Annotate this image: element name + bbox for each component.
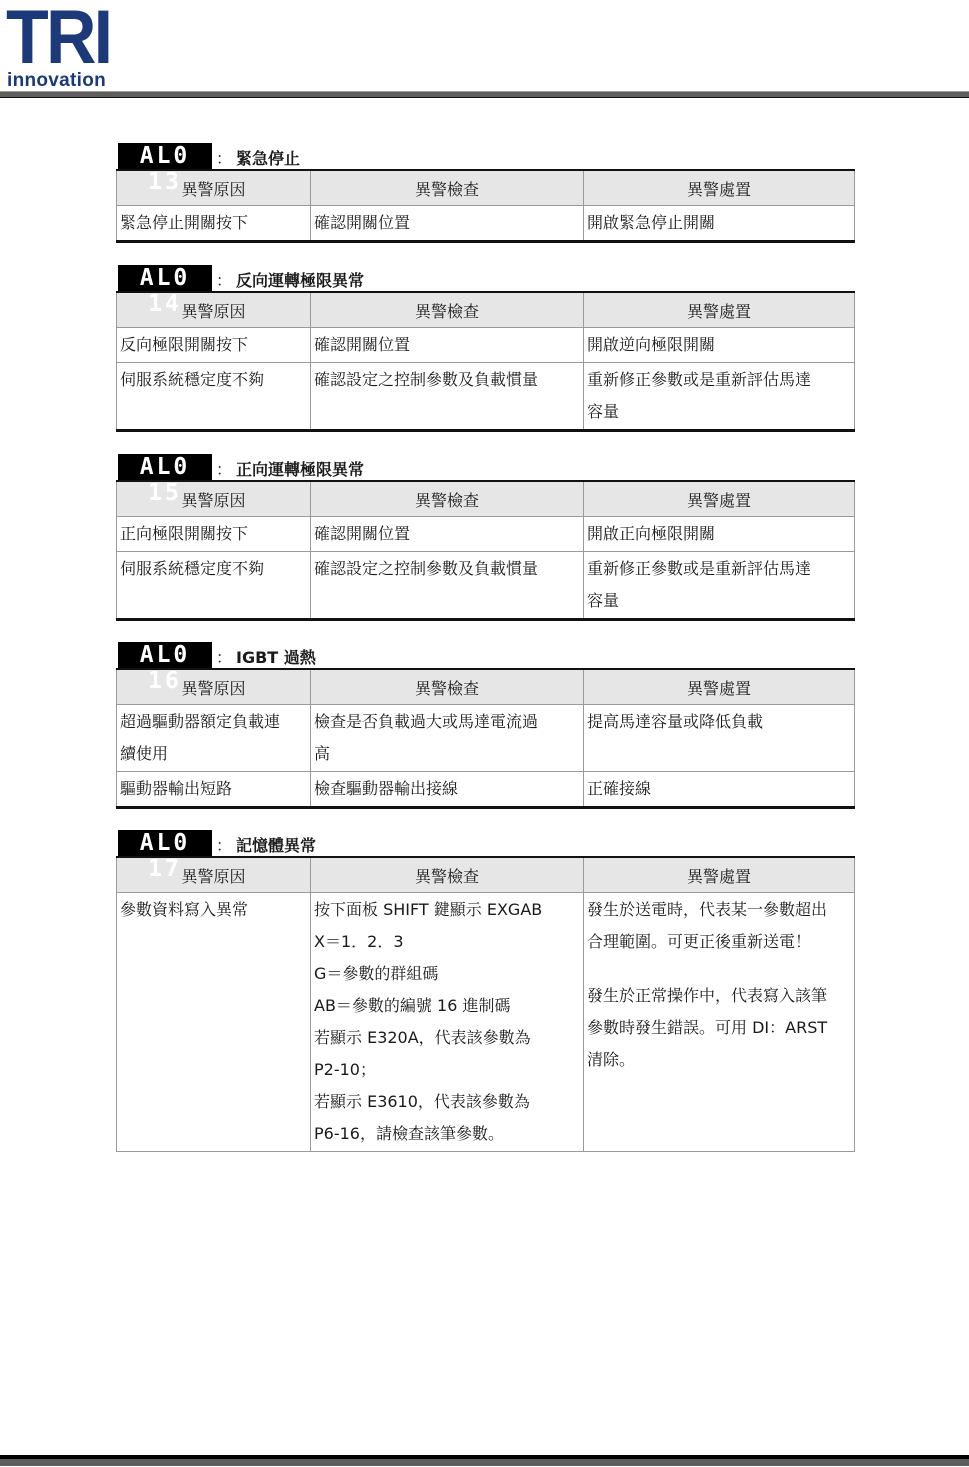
cell-action: 提高馬達容量或降低負載 bbox=[584, 705, 855, 772]
alarm-code-badge: AL0 17 bbox=[118, 830, 212, 856]
cell-line: AB＝參數的編號 16 進制碼 bbox=[314, 990, 581, 1022]
header-cause: 異警原因 bbox=[117, 292, 311, 328]
alarm-code-badge: AL0 16 bbox=[118, 642, 212, 668]
alarm-heading: AL0 14：反向運轉極限異常 bbox=[116, 257, 854, 291]
header-cause: 異警原因 bbox=[117, 669, 311, 705]
alarm-title: ：正向運轉極限異常 bbox=[216, 460, 364, 480]
cell-line: 驅動器輸出短路 bbox=[120, 773, 308, 805]
cell-line: P6-16，請檢查該筆參數。 bbox=[314, 1118, 581, 1150]
cell-check: 確認開關位置 bbox=[311, 206, 584, 242]
cell-line: 正向極限開關按下 bbox=[120, 518, 308, 550]
table-row: 正向極限開關按下確認開關位置開啟正向極限開關 bbox=[117, 517, 855, 552]
table-header-row: 異警原因異警檢查異警處置 bbox=[117, 481, 855, 517]
alarm-title-text: IGBT 過熱 bbox=[236, 648, 316, 667]
alarm-title: ：緊急停止 bbox=[216, 149, 300, 169]
table-header-row: 異警原因異警檢查異警處置 bbox=[117, 669, 855, 705]
table-header-row: 異警原因異警檢查異警處置 bbox=[117, 292, 855, 328]
cell-check: 按下面板 SHIFT 鍵顯示 EXGABX＝1．2．3G＝參數的群組碼AB＝參數… bbox=[311, 893, 584, 1152]
table-row: 伺服系統穩定度不夠確認設定之控制參數及負載慣量重新修正參數或是重新評估馬達容量 bbox=[117, 552, 855, 620]
cell-action: 發生於送電時，代表某一參數超出合理範圍。可更正後重新送電！發生於正常操作中，代表… bbox=[584, 893, 855, 1152]
cell-line: X＝1．2．3 bbox=[314, 926, 581, 958]
cell-action: 重新修正參數或是重新評估馬達容量 bbox=[584, 552, 855, 620]
alarm-section-al017: AL0 17：記憶體異常異警原因異警檢查異警處置參數資料寫入異常按下面板 SHI… bbox=[116, 822, 854, 1152]
alarm-title-text: 反向運轉極限異常 bbox=[236, 271, 364, 290]
cell-line: 確認開關位置 bbox=[314, 207, 581, 239]
cell-line: 確認設定之控制參數及負載慣量 bbox=[314, 364, 581, 396]
cell-line: 容量 bbox=[587, 585, 852, 617]
cell-cause: 伺服系統穩定度不夠 bbox=[117, 552, 311, 620]
alarm-title-text: 緊急停止 bbox=[236, 149, 300, 168]
cell-line: 合理範圍。可更正後重新送電！ bbox=[587, 926, 852, 958]
cell-line: 伺服系統穩定度不夠 bbox=[120, 553, 308, 585]
footer-divider-shade bbox=[0, 1459, 969, 1466]
cell-line: 緊急停止開關按下 bbox=[120, 207, 308, 239]
cell-cause: 反向極限開關按下 bbox=[117, 328, 311, 363]
cell-action: 開啟正向極限開關 bbox=[584, 517, 855, 552]
alarm-table: 異警原因異警檢查異警處置反向極限開關按下確認開關位置開啟逆向極限開關伺服系統穩定… bbox=[116, 291, 855, 432]
alarm-section-al015: AL0 15：正向運轉極限異常異警原因異警檢查異警處置正向極限開關按下確認開關位… bbox=[116, 446, 854, 621]
cell-check: 確認設定之控制參數及負載慣量 bbox=[311, 363, 584, 431]
table-row: 緊急停止開關按下確認開關位置開啟緊急停止開關 bbox=[117, 206, 855, 242]
alarm-table: 異警原因異警檢查異警處置緊急停止開關按下確認開關位置開啟緊急停止開關 bbox=[116, 169, 855, 243]
alarm-title-text: 正向運轉極限異常 bbox=[236, 460, 364, 479]
cell-line: 提高馬達容量或降低負載 bbox=[587, 706, 852, 738]
logo-wordmark: innovation bbox=[7, 70, 106, 92]
cell-line: 參數資料寫入異常 bbox=[120, 894, 308, 926]
cell-check: 檢查驅動器輸出接線 bbox=[311, 772, 584, 808]
cell-line: 清除。 bbox=[587, 1044, 852, 1076]
cell-check: 檢查是否負載過大或馬達電流過高 bbox=[311, 705, 584, 772]
table-row: 伺服系統穩定度不夠確認設定之控制參數及負載慣量重新修正參數或是重新評估馬達容量 bbox=[117, 363, 855, 431]
alarm-heading: AL0 15：正向運轉極限異常 bbox=[116, 446, 854, 480]
alarm-heading: AL0 16：IGBT 過熱 bbox=[116, 634, 854, 668]
cell-line: 正確接線 bbox=[587, 773, 852, 805]
logo-mark: TRI bbox=[6, 2, 110, 74]
cell-action: 開啟緊急停止開關 bbox=[584, 206, 855, 242]
paragraph-gap bbox=[587, 958, 852, 980]
cell-line: 重新修正參數或是重新評估馬達 bbox=[587, 553, 852, 585]
cell-line: 按下面板 SHIFT 鍵顯示 EXGAB bbox=[314, 894, 581, 926]
cell-line: 開啟正向極限開關 bbox=[587, 518, 852, 550]
cell-check: 確認設定之控制參數及負載慣量 bbox=[311, 552, 584, 620]
header-check: 異警檢查 bbox=[311, 857, 584, 893]
header-cause: 異警原因 bbox=[117, 857, 311, 893]
alarm-code-badge: AL0 14 bbox=[118, 265, 212, 291]
cell-line: 若顯示 E3610，代表該參數為 bbox=[314, 1086, 581, 1118]
cell-line: 續使用 bbox=[120, 738, 308, 770]
header-action: 異警處置 bbox=[584, 292, 855, 328]
cell-line: 確認開關位置 bbox=[314, 329, 581, 361]
alarm-title: ：記憶體異常 bbox=[216, 836, 316, 856]
header-check: 異警檢查 bbox=[311, 481, 584, 517]
cell-line: 發生於送電時，代表某一參數超出 bbox=[587, 894, 852, 926]
alarm-heading: AL0 13：緊急停止 bbox=[116, 135, 854, 169]
cell-line: 容量 bbox=[587, 396, 852, 428]
header-check: 異警檢查 bbox=[311, 292, 584, 328]
cell-line: 反向極限開關按下 bbox=[120, 329, 308, 361]
table-row: 超過驅動器額定負載連續使用檢查是否負載過大或馬達電流過高提高馬達容量或降低負載 bbox=[117, 705, 855, 772]
cell-line: 超過驅動器額定負載連 bbox=[120, 706, 308, 738]
cell-line: 重新修正參數或是重新評估馬達 bbox=[587, 364, 852, 396]
header-action: 異警處置 bbox=[584, 857, 855, 893]
cell-check: 確認開關位置 bbox=[311, 517, 584, 552]
table-header-row: 異警原因異警檢查異警處置 bbox=[117, 857, 855, 893]
alarm-code-badge: AL0 15 bbox=[118, 454, 212, 480]
cell-line: 檢查是否負載過大或馬達電流過 bbox=[314, 706, 581, 738]
alarm-code-badge: AL0 13 bbox=[118, 143, 212, 169]
cell-cause: 正向極限開關按下 bbox=[117, 517, 311, 552]
table-row: 反向極限開關按下確認開關位置開啟逆向極限開關 bbox=[117, 328, 855, 363]
cell-action: 重新修正參數或是重新評估馬達容量 bbox=[584, 363, 855, 431]
cell-action: 開啟逆向極限開關 bbox=[584, 328, 855, 363]
tri-innovation-logo: TRI innovation bbox=[4, 2, 119, 90]
alarm-title: ：反向運轉極限異常 bbox=[216, 271, 364, 291]
table-row: 驅動器輸出短路檢查驅動器輸出接線正確接線 bbox=[117, 772, 855, 808]
alarm-title-text: 記憶體異常 bbox=[236, 836, 316, 855]
header-action: 異警處置 bbox=[584, 170, 855, 206]
cell-line: G＝參數的群組碼 bbox=[314, 958, 581, 990]
header-divider bbox=[0, 91, 969, 98]
header-check: 異警檢查 bbox=[311, 170, 584, 206]
cell-line: 伺服系統穩定度不夠 bbox=[120, 364, 308, 396]
header-action: 異警處置 bbox=[584, 481, 855, 517]
alarm-title: ：IGBT 過熱 bbox=[216, 648, 316, 668]
cell-cause: 驅動器輸出短路 bbox=[117, 772, 311, 808]
header-action: 異警處置 bbox=[584, 669, 855, 705]
header-cause: 異警原因 bbox=[117, 170, 311, 206]
table-header-row: 異警原因異警檢查異警處置 bbox=[117, 170, 855, 206]
alarm-section-al014: AL0 14：反向運轉極限異常異警原因異警檢查異警處置反向極限開關按下確認開關位… bbox=[116, 257, 854, 432]
alarm-table: 異警原因異警檢查異警處置正向極限開關按下確認開關位置開啟正向極限開關伺服系統穩定… bbox=[116, 480, 855, 621]
cell-cause: 參數資料寫入異常 bbox=[117, 893, 311, 1152]
alarm-section-al013: AL0 13：緊急停止異警原因異警檢查異警處置緊急停止開關按下確認開關位置開啟緊… bbox=[116, 135, 854, 243]
cell-line: 確認開關位置 bbox=[314, 518, 581, 550]
cell-line: P2-10； bbox=[314, 1054, 581, 1086]
cell-cause: 伺服系統穩定度不夠 bbox=[117, 363, 311, 431]
alarm-section-al016: AL0 16：IGBT 過熱異警原因異警檢查異警處置超過驅動器額定負載連續使用檢… bbox=[116, 634, 854, 809]
cell-line: 確認設定之控制參數及負載慣量 bbox=[314, 553, 581, 585]
table-row: 參數資料寫入異常按下面板 SHIFT 鍵顯示 EXGABX＝1．2．3G＝參數的… bbox=[117, 893, 855, 1152]
alarm-table: 異警原因異警檢查異警處置參數資料寫入異常按下面板 SHIFT 鍵顯示 EXGAB… bbox=[116, 856, 855, 1152]
cell-cause: 超過驅動器額定負載連續使用 bbox=[117, 705, 311, 772]
cell-cause: 緊急停止開關按下 bbox=[117, 206, 311, 242]
header-cause: 異警原因 bbox=[117, 481, 311, 517]
cell-line: 若顯示 E320A，代表該參數為 bbox=[314, 1022, 581, 1054]
cell-line: 開啟緊急停止開關 bbox=[587, 207, 852, 239]
cell-line: 參數時發生錯誤。可用 DI：ARST bbox=[587, 1012, 852, 1044]
alarm-heading: AL0 17：記憶體異常 bbox=[116, 822, 854, 856]
alarm-table: 異警原因異警檢查異警處置超過驅動器額定負載連續使用檢查是否負載過大或馬達電流過高… bbox=[116, 668, 855, 809]
header-check: 異警檢查 bbox=[311, 669, 584, 705]
cell-action: 正確接線 bbox=[584, 772, 855, 808]
cell-line: 開啟逆向極限開關 bbox=[587, 329, 852, 361]
cell-line: 檢查驅動器輸出接線 bbox=[314, 773, 581, 805]
cell-line: 發生於正常操作中，代表寫入該筆 bbox=[587, 980, 852, 1012]
cell-check: 確認開關位置 bbox=[311, 328, 584, 363]
cell-line: 高 bbox=[314, 738, 581, 770]
